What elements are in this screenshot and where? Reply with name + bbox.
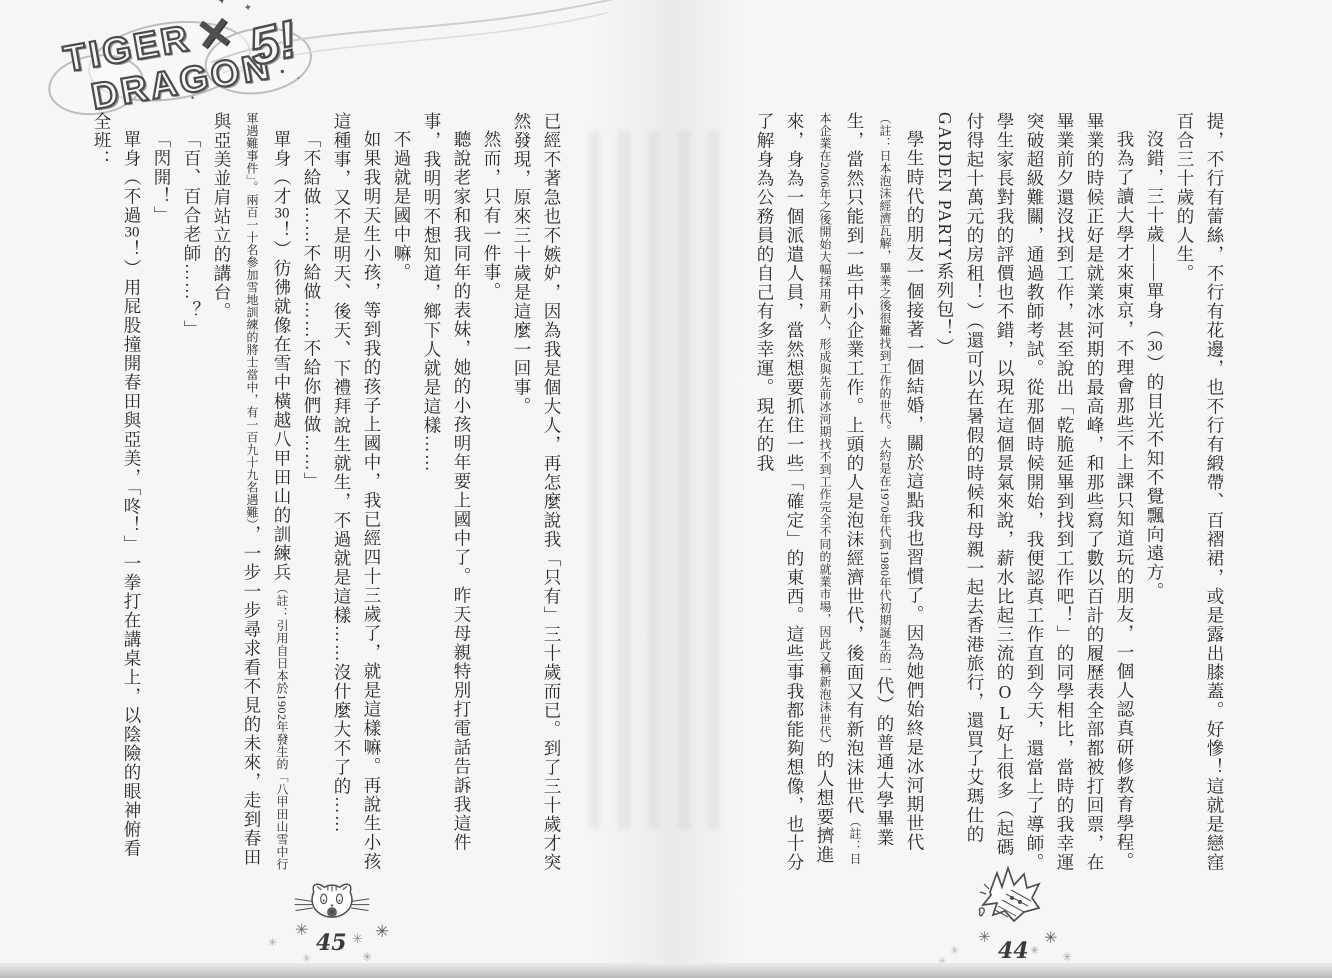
text-run: 30 xyxy=(1147,339,1163,354)
paragraph: 然而，只有一件事。 xyxy=(477,112,507,874)
star-icon: ✳ xyxy=(362,950,372,964)
paragraph: 聽說老家和我同年的表妹，她的小孩明年要上國中了。昨天母親特別打電話告訴我這件事，… xyxy=(417,112,477,874)
text-run: 聽說老家和我同年的表妹，她的小孩明年要上國中了。昨天母親特別打電話告訴我這件事，… xyxy=(422,112,472,852)
star-icon: ✳ xyxy=(295,920,308,939)
book-scan-spread: TIGER × DRAGON 5! ✦ ✦ ● ● ● 已經不著急也不嫉妒，因為… xyxy=(0,0,1332,978)
text-run: 然而，只有一件事。 xyxy=(482,130,502,301)
text-run: 學生時代的朋友一個接著一個結婚，關於這點我也習慣了。因為她們始終是冰河期世代 xyxy=(905,130,925,852)
text-run: 「閃開！」 xyxy=(152,130,172,225)
star-icon: ✳ xyxy=(268,936,277,949)
star-icon: ✳ xyxy=(375,922,389,942)
text-run: 「不給做……不給做……不給你們做……」 xyxy=(302,130,322,491)
star-icon: ✳ xyxy=(1044,928,1057,947)
paragraph: 單身（不過30！）用屁股撞開春田與亞美，「咚！」一拳打在講桌上，以陰險的眼神俯看… xyxy=(87,112,147,874)
paragraph: 不過就是國中嘛。 xyxy=(387,112,417,874)
paragraph: 「不給做……不給做……不給你們做……」 xyxy=(297,112,327,874)
text-run: 我為了讀大學才來東京，不理會那些不上課只知道玩的朋友，一個人認真研修教育學程。畢… xyxy=(995,112,1135,872)
paragraph: 單身（才30！）彷彿就像在雪中橫越八甲田山的訓練兵（註：引用自日本於1902年發… xyxy=(207,112,297,874)
text-run: 沒錯，三十歲——單身（ xyxy=(1145,130,1165,339)
text-run: 單身（才 xyxy=(272,130,292,206)
text-run: 已經不著急也不嫉妒，因為我是個大人，再怎麼說我「只有」三十歲而已。到了三十歲才突… xyxy=(512,112,562,872)
star-icon: ✳ xyxy=(978,928,991,946)
dot-icon: ● xyxy=(279,66,285,76)
scan-bottom-edge xyxy=(0,963,1332,978)
paragraph: 學生時代的朋友一個接著一個結婚，關於這點我也習慣了。因為她們始終是冰河期世代（註… xyxy=(750,112,930,874)
paragraph: 「百、百合老師……？」 xyxy=(177,112,207,874)
paragraph: 已經不著急也不嫉妒，因為我是個大人，再怎麼說我「只有」三十歲而已。到了三十歲才突… xyxy=(507,112,567,874)
star-icon: ✳ xyxy=(1062,950,1072,964)
sparkle-icon: ✦ xyxy=(214,0,229,10)
page-44-text-block: 提，不行有蕾絲，不行有花邊，也不行有緞帶、百褶裙，或是露出膝蓋。好慘！這就是戀窪… xyxy=(748,112,1230,874)
print-show-through xyxy=(588,130,738,830)
dragon-doodle xyxy=(968,860,1050,932)
paragraph: 「閃開！」 xyxy=(147,112,177,874)
text-run: 30 xyxy=(124,225,140,240)
text-run: ！）彷彿就像在雪中橫越八甲田山的訓練兵 xyxy=(272,221,292,582)
text-run: 單身（不過 xyxy=(122,130,142,225)
text-run: 不過就是國中嘛。 xyxy=(392,130,412,282)
star-icon: ✳ xyxy=(352,932,363,947)
text-run: 如果我明天生小孩，等到我的孩子上國中，我已經四十三歲了，就是這樣嘛。再說生小孩這… xyxy=(332,112,382,871)
text-run: OL xyxy=(995,682,1015,724)
paragraph: 沒錯，三十歲——單身（30）的目光不知不覺飄向遠方。 xyxy=(1140,112,1170,874)
page-45-text-block: 已經不著急也不嫉妒，因為我是個大人，再怎麼說我「只有」三十歲而已。到了三十歲才突… xyxy=(85,112,567,874)
text-run: 30 xyxy=(274,206,290,221)
page-number-45: 45 xyxy=(316,930,347,956)
text-run: 「百、百合老師……？」 xyxy=(182,130,202,339)
paragraph: 我為了讀大學才來東京，不理會那些不上課只知道玩的朋友，一個人認真研修教育學程。畢… xyxy=(930,112,1140,874)
dot-icon: ● xyxy=(297,76,301,81)
sparkle-icon: ✦ xyxy=(243,2,253,14)
paragraph: 如果我明天生小孩，等到我的孩子上國中，我已經四十三歲了，就是這樣嘛。再說生小孩這… xyxy=(327,112,387,874)
page-number-44: 44 xyxy=(998,938,1029,964)
star-icon: ✳ xyxy=(950,944,959,957)
text-run: ）的目光不知不覺飄向遠方。 xyxy=(1145,354,1165,601)
star-icon: ✳ xyxy=(1030,944,1039,957)
dot-icon: ● xyxy=(190,95,194,101)
text-run: 提，不行有蕾絲，不行有花邊，也不行有緞帶、百褶裙，或是露出膝蓋。好慘！這就是戀窪… xyxy=(1175,112,1225,872)
translator-note: （註：日本泡沫經濟瓦解，畢業之後很難找到工作的世代。大約是在1970年代到198… xyxy=(878,112,892,677)
paragraph: 提，不行有蕾絲，不行有花邊，也不行有緞帶、百褶裙，或是露出膝蓋。好慘！這就是戀窪… xyxy=(1170,112,1230,874)
